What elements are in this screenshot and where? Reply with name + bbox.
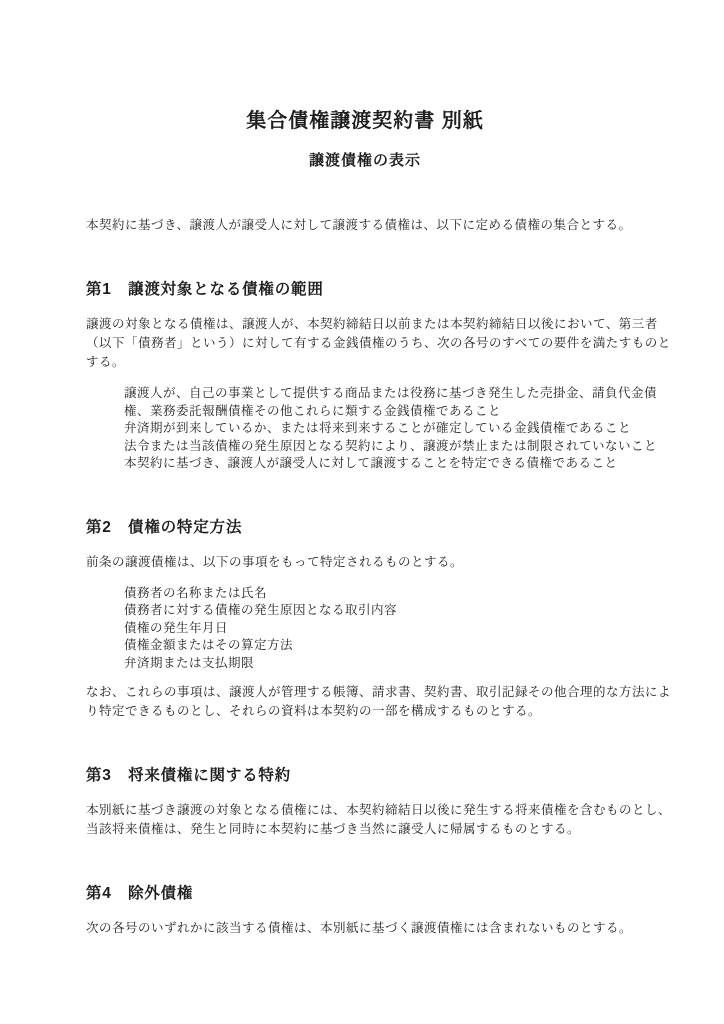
- list-line: 債権金額またはその算定方法: [124, 637, 644, 655]
- section-2: 第2 債権の特定方法 前条の譲渡債権は、以下の事項をもって特定されるものとする。…: [86, 518, 644, 722]
- section-1-list: 譲渡人が、自己の事業として提供する商品または役務に基づき発生した売掛金、請負代金…: [124, 385, 644, 473]
- section-1-heading: 第1 譲渡対象となる債権の範囲: [86, 280, 644, 300]
- list-line: 法令または当該債権の発生原因となる契約により、譲渡が禁止または制限されていないこ…: [124, 438, 644, 456]
- list-line: 弁済期が到来しているか、または将来到来することが確定している金銭債権であること: [124, 420, 644, 438]
- section-3-body: 本別紙に基づき譲渡の対象となる債権には、本契約締結日以後に発生する将来債権を含む…: [86, 801, 644, 839]
- document-page: 集合債権譲渡契約書 別紙 譲渡債権の表示 本契約に基づき、譲渡人が譲受人に対して…: [0, 0, 724, 1024]
- paragraph-line: する。: [86, 353, 644, 372]
- list-line: 債権の発生年月日: [124, 620, 644, 638]
- list-line: 弁済期または支払期限: [124, 655, 644, 673]
- section-3-heading: 第3 将来債権に関する特約: [86, 766, 644, 786]
- list-line: 債務者に対する債権の発生原因となる取引内容: [124, 602, 644, 620]
- paragraph-line: 本別紙に基づき譲渡の対象となる債権には、本契約締結日以後に発生する将来債権を含む…: [86, 801, 644, 820]
- section-1: 第1 譲渡対象となる債権の範囲 譲渡の対象となる債権は、譲渡人が、本契約締結日以…: [86, 280, 644, 473]
- section-4-body: 次の各号のいずれかに該当する債権は、本別紙に基づく譲渡債権には含まれないものとす…: [86, 919, 644, 938]
- paragraph-line: なお、これらの事項は、譲渡人が管理する帳簿、請求書、契約書、取引記録その他合理的…: [86, 683, 644, 702]
- section-2-heading: 第2 債権の特定方法: [86, 518, 644, 538]
- paragraph-line: 次の各号のいずれかに該当する債権は、本別紙に基づく譲渡債権には含まれないものとす…: [86, 919, 644, 938]
- paragraph-line: 譲渡の対象となる債権は、譲渡人が、本契約締結日以前または本契約締結日以後において…: [86, 315, 644, 334]
- section-2-body: 前条の譲渡債権は、以下の事項をもって特定されるものとする。: [86, 553, 644, 572]
- paragraph-line: （以下「債務者」という）に対して有する金銭債権のうち、次の各号のすべての要件を満…: [86, 334, 644, 353]
- paragraph-line: 当該将来債権は、発生と同時に本契約に基づき当然に譲受人に帰属するものとする。: [86, 820, 644, 839]
- paragraph-line: 本契約に基づき、譲渡人が譲受人に対して譲渡する債権は、以下に定める債権の集合とす…: [86, 216, 644, 235]
- paragraph-line: 前条の譲渡債権は、以下の事項をもって特定されるものとする。: [86, 553, 644, 572]
- list-line: 譲渡人が、自己の事業として提供する商品または役務に基づき発生した売掛金、請負代金…: [124, 385, 644, 403]
- list-line: 本契約に基づき、譲渡人が譲受人に対して譲渡することを特定できる債権であること: [124, 455, 644, 473]
- document-subtitle: 譲渡債権の表示: [86, 151, 644, 171]
- intro-paragraph: 本契約に基づき、譲渡人が譲受人に対して譲渡する債権は、以下に定める債権の集合とす…: [86, 216, 644, 235]
- document-content: 集合債権譲渡契約書 別紙 譲渡債権の表示 本契約に基づき、譲渡人が譲受人に対して…: [86, 0, 644, 938]
- paragraph-line: り特定できるものとし、それらの資料は本契約の一部を構成するものとする。: [86, 702, 644, 721]
- section-4-heading: 第4 除外債権: [86, 884, 644, 904]
- section-2-note: なお、これらの事項は、譲渡人が管理する帳簿、請求書、契約書、取引記録その他合理的…: [86, 683, 644, 721]
- document-title: 集合債権譲渡契約書 別紙: [86, 0, 644, 134]
- section-1-body: 譲渡の対象となる債権は、譲渡人が、本契約締結日以前または本契約締結日以後において…: [86, 315, 644, 372]
- list-line: 権、業務委託報酬債権その他これらに類する金銭債権であること: [124, 403, 644, 421]
- section-3: 第3 将来債権に関する特約 本別紙に基づき譲渡の対象となる債権には、本契約締結日…: [86, 766, 644, 839]
- section-2-list: 債務者の名称または氏名 債務者に対する債権の発生原因となる取引内容 債権の発生年…: [124, 585, 644, 673]
- list-line: 債務者の名称または氏名: [124, 585, 644, 603]
- section-4: 第4 除外債権 次の各号のいずれかに該当する債権は、本別紙に基づく譲渡債権には含…: [86, 884, 644, 938]
